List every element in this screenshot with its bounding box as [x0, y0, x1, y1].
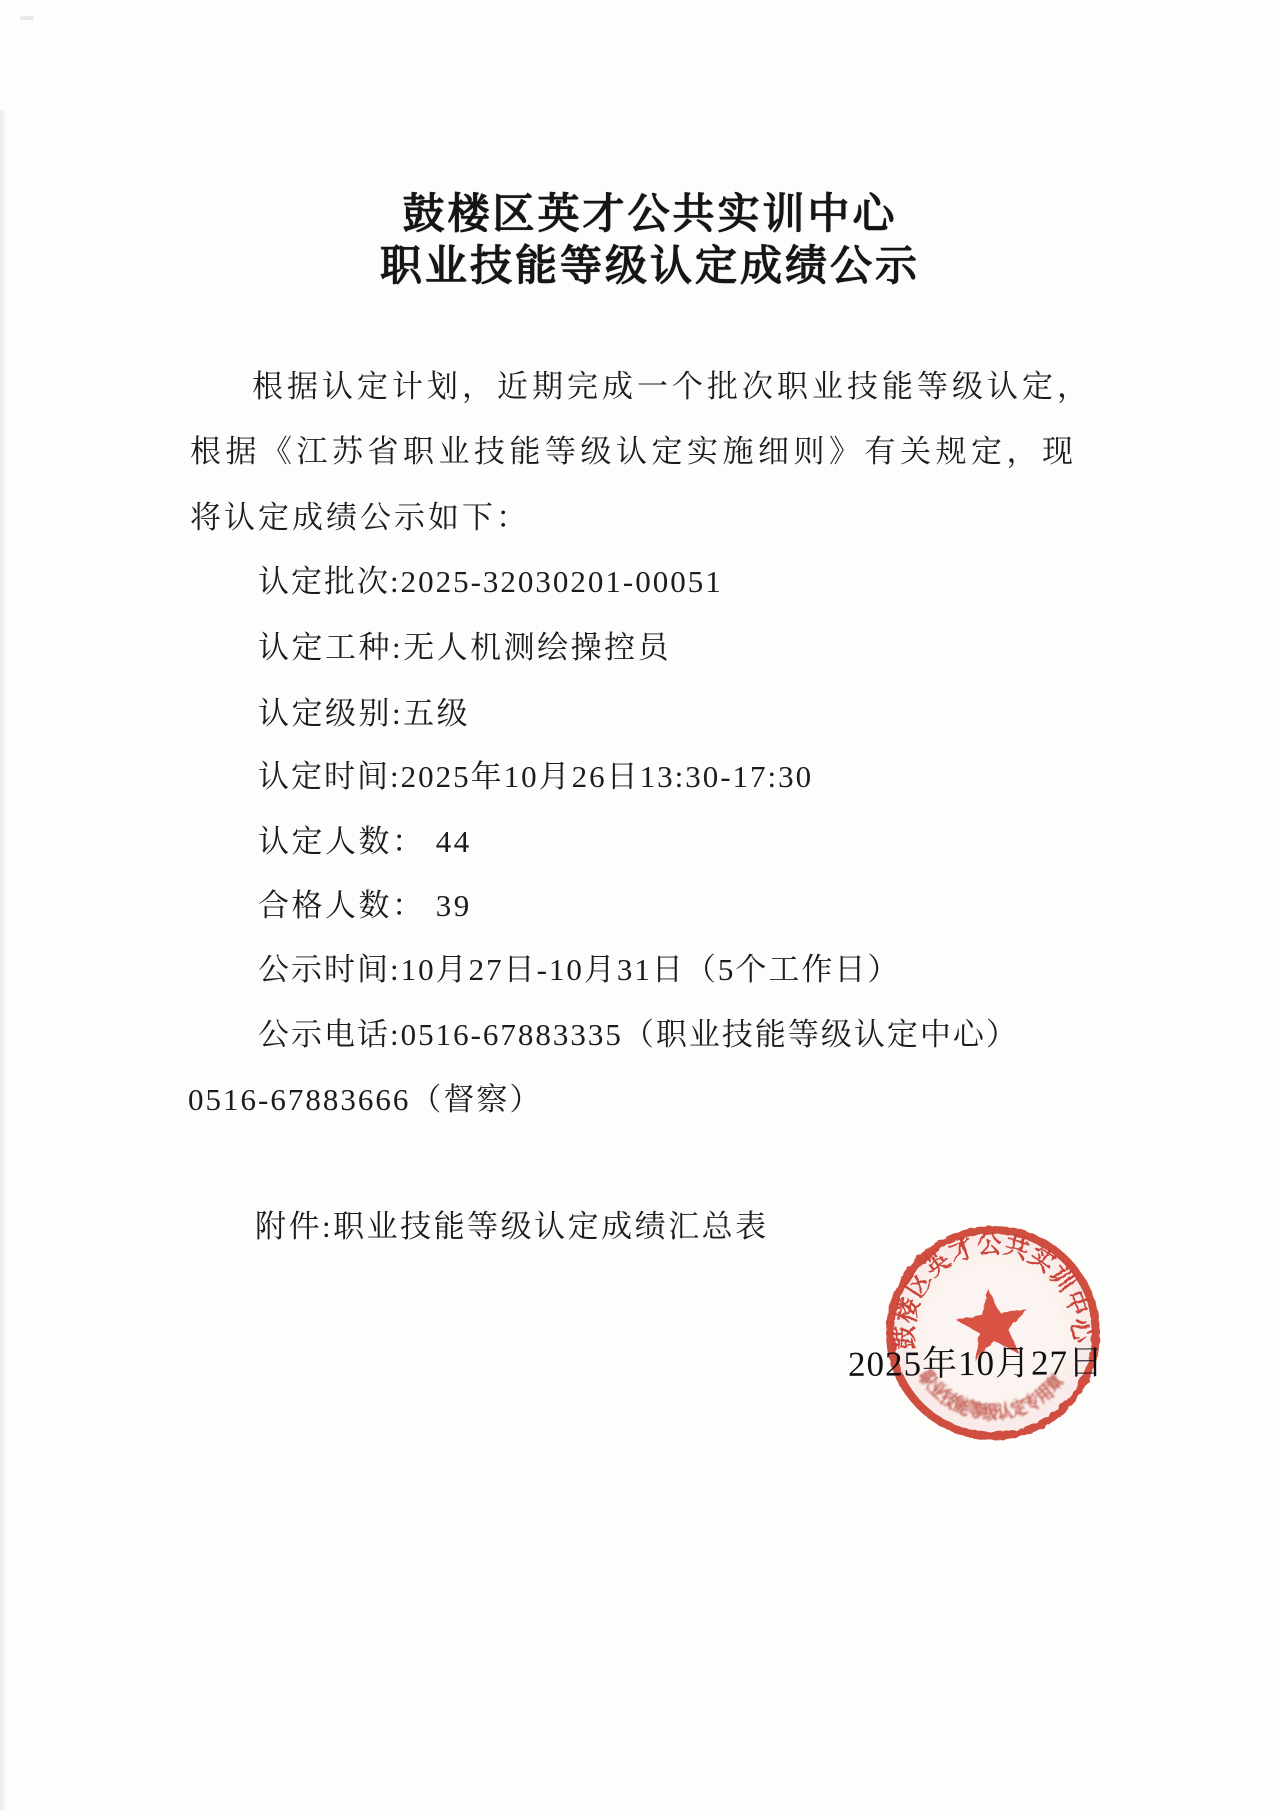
publish-date: 2025年10月27日 — [848, 1335, 1104, 1387]
detail-phone-2: 0516-67883666（督察） — [188, 1079, 542, 1121]
paragraph-line-3: 将认定成绩公示如下： — [190, 497, 530, 539]
title-line-1: 鼓楼区英才公共实训中心 — [10, 181, 1280, 241]
detail-phone-1: 公示电话:0516-67883335（职业技能等级认定中心） — [258, 1014, 1019, 1056]
detail-time: 认定时间:2025年10月26日13:30-17:30 — [258, 756, 813, 798]
detail-level: 认定级别:五级 — [258, 693, 470, 735]
official-seal-stamp: 鼓楼区英才公共实训中心 职业技能等级认定专用章 — [878, 1218, 1108, 1448]
paragraph-line-1: 根据认定计划，近期完成一个批次职业技能等级认定， — [252, 366, 1092, 408]
attachment-line: 附件:职业技能等级认定成绩汇总表 — [255, 1206, 769, 1248]
document-page: 鼓楼区英才公共实训中心 职业技能等级认定成绩公示 根据认定计划，近期完成一个批次… — [0, 0, 1280, 1811]
paragraph-line-2: 根据《江苏省职业技能等级认定实施细则》有关规定，现 — [190, 431, 1078, 473]
detail-candidates: 认定人数： 44 — [258, 821, 472, 863]
title-line-2: 职业技能等级认定成绩公示 — [10, 233, 1280, 293]
detail-publicity-period: 公示时间:10月27日-10月31日（5个工作日） — [258, 949, 900, 991]
scan-edge-artifact — [0, 110, 7, 1811]
scan-dash-artifact — [20, 16, 34, 20]
detail-occupation: 认定工种:无人机测绘操控员 — [258, 627, 671, 669]
detail-passed: 合格人数： 39 — [258, 885, 472, 927]
detail-batch: 认定批次:2025-32030201-00051 — [258, 561, 723, 603]
